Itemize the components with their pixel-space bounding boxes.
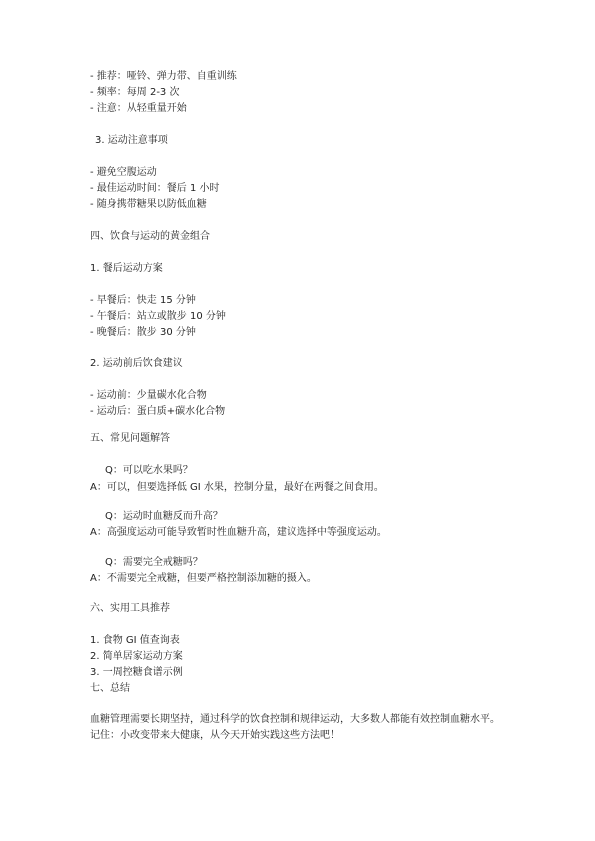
text-line: - 运动前：少量碳水化合物: [90, 389, 207, 403]
text-line: 血糖管理需要长期坚持，通过科学的饮食控制和规律运动，大多数人都能有效控制血糖水平…: [90, 713, 500, 727]
text-line: - 午餐后：站立或散步 10 分钟: [90, 310, 226, 324]
text-line: 3. 运动注意事项: [95, 134, 168, 148]
text-line: - 频率：每周 2-3 次: [90, 86, 179, 100]
text-line: - 避免空腹运动: [90, 166, 157, 180]
text-line: - 随身携带糖果以防低血糖: [90, 198, 207, 212]
text-line: 七、总结: [90, 682, 130, 696]
text-line: 1. 食物 GI 值查询表: [90, 634, 180, 648]
text-line: A：可以，但要选择低 GI 水果，控制分量，最好在两餐之间食用。: [90, 481, 384, 495]
text-line: 2. 运动前后饮食建议: [90, 357, 183, 371]
text-line: 1. 餐后运动方案: [90, 262, 163, 276]
text-line: Q：需要完全戒糖吗？: [105, 556, 203, 570]
text-line: - 早餐后：快走 15 分钟: [90, 294, 196, 308]
text-line: A：不需要完全戒糖，但要严格控制添加糖的摄入。: [90, 572, 317, 586]
text-line: 四、饮食与运动的黄金组合: [90, 230, 210, 244]
text-line: 2. 简单居家运动方案: [90, 650, 183, 664]
text-line: - 晚餐后：散步 30 分钟: [90, 326, 196, 340]
text-line: Q：可以吃水果吗？: [105, 464, 193, 478]
text-line: 记住：小改变带来大健康，从今天开始实践这些方法吧！: [90, 729, 340, 743]
text-line: Q：运动时血糖反而升高？: [105, 510, 223, 524]
text-line: 3. 一周控糖食谱示例: [90, 666, 183, 680]
text-line: 六、实用工具推荐: [90, 602, 170, 616]
text-line: - 最佳运动时间：餐后 1 小时: [90, 182, 220, 196]
text-line: 五、常见问题解答: [90, 432, 170, 446]
text-line: - 推荐：哑铃、弹力带、自重训练: [90, 70, 237, 84]
text-line: - 注意：从轻重量开始: [90, 102, 187, 116]
text-line: - 运动后：蛋白质+碳水化合物: [90, 405, 225, 419]
text-line: A：高强度运动可能导致暂时性血糖升高，建议选择中等强度运动。: [90, 526, 387, 540]
